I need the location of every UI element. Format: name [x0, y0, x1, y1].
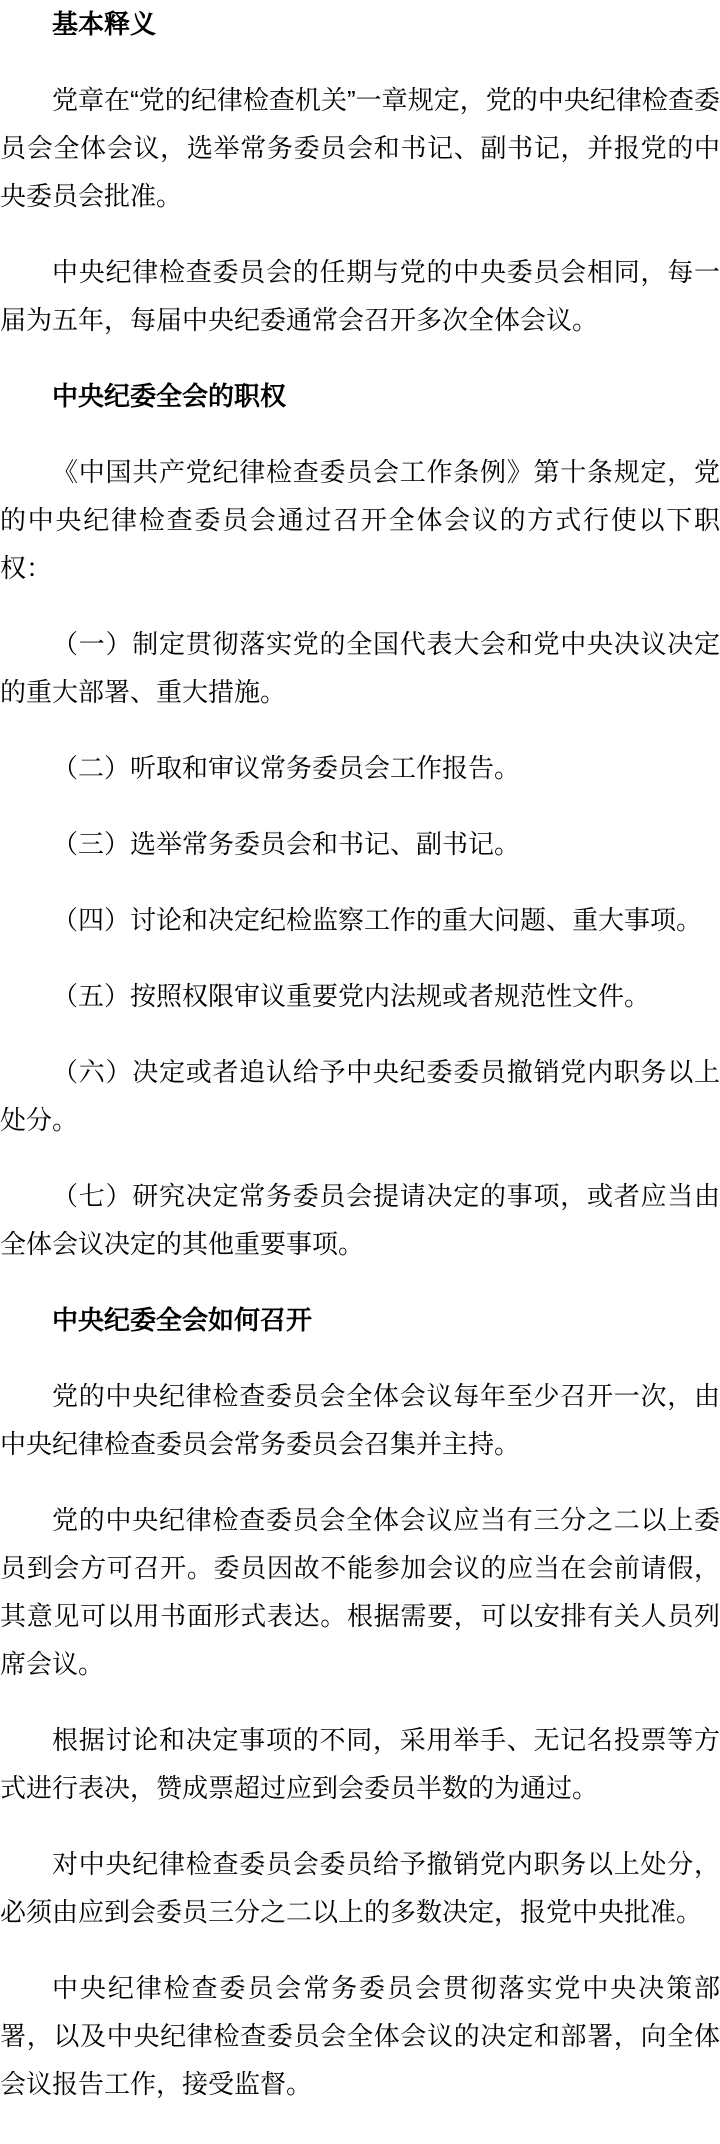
- paragraph: 根据讨论和决定事项的不同，采用举手、无记名投票等方式进行表决，赞成票超过应到会委…: [0, 1716, 720, 1812]
- list-item-paragraph: （二）听取和审议常务委员会工作报告。: [0, 744, 720, 792]
- paragraph: 《中国共产党纪律检查委员会工作条例》第十条规定，党的中央纪律检查委员会通过召开全…: [0, 448, 720, 592]
- list-item-paragraph: （一）制定贯彻落实党的全国代表大会和党中央决议决定的重大部署、重大措施。: [0, 620, 720, 716]
- paragraph: 中央纪律检查委员会的任期与党的中央委员会相同，每一届为五年，每届中央纪委通常会召…: [0, 248, 720, 344]
- list-item-paragraph: （四）讨论和决定纪检监察工作的重大问题、重大事项。: [0, 896, 720, 944]
- list-item-paragraph: （六）决定或者追认给予中央纪委委员撤销党内职务以上处分。: [0, 1048, 720, 1144]
- paragraph: 党的中央纪律检查委员会全体会议应当有三分之二以上委员到会方可召开。委员因故不能参…: [0, 1496, 720, 1688]
- list-item-paragraph: （五）按照权限审议重要党内法规或者规范性文件。: [0, 972, 720, 1020]
- paragraph: 中央纪律检查委员会常务委员会贯彻落实党中央决策部署，以及中央纪律检查委员会全体会…: [0, 1964, 720, 2108]
- article-body: 基本释义 党章在“党的纪律检查机关”一章规定，党的中央纪律检查委员会全体会议，选…: [0, 0, 720, 2108]
- section-heading-how-convened: 中央纪委全会如何召开: [0, 1296, 720, 1344]
- list-item-paragraph: （三）选举常务委员会和书记、副书记。: [0, 820, 720, 868]
- list-item-paragraph: （七）研究决定常务委员会提请决定的事项，或者应当由全体会议决定的其他重要事项。: [0, 1172, 720, 1268]
- paragraph: 对中央纪律检查委员会委员给予撤销党内职务以上处分，必须由应到会委员三分之二以上的…: [0, 1840, 720, 1936]
- section-heading-plenary-powers: 中央纪委全会的职权: [0, 372, 720, 420]
- section-heading-basic-definition: 基本释义: [0, 0, 720, 48]
- paragraph: 党的中央纪律检查委员会全体会议每年至少召开一次，由中央纪律检查委员会常务委员会召…: [0, 1372, 720, 1468]
- paragraph: 党章在“党的纪律检查机关”一章规定，党的中央纪律检查委员会全体会议，选举常务委员…: [0, 76, 720, 220]
- document-page: 基本释义 党章在“党的纪律检查机关”一章规定，党的中央纪律检查委员会全体会议，选…: [0, 0, 720, 2144]
